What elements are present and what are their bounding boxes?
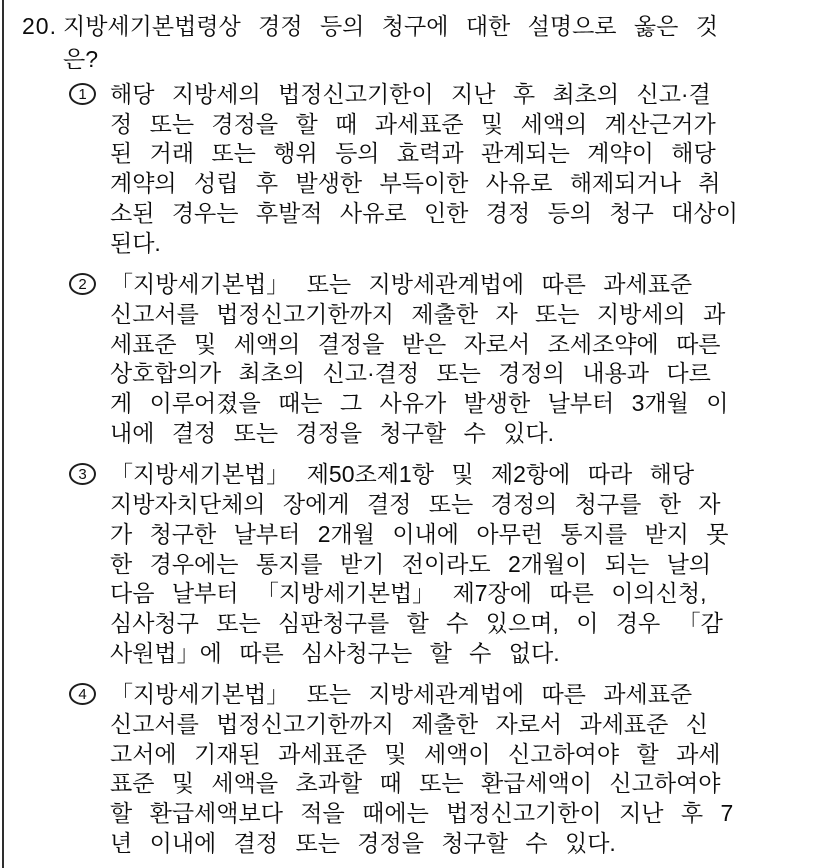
option-1: 1해당 지방세의 법정신고기한이 지난 후 최초의 신고·결정 또는 경정을 할…	[63, 80, 812, 258]
circled-number-icon: 3	[69, 463, 96, 485]
option-marker-digit: 3	[78, 467, 86, 482]
option-text: 「지방세기본법」 제50조제1항 및 제2항에 따라 해당지방자치단체의 장에게…	[110, 460, 812, 668]
option-line: 게 이루어졌을 때는 그 사유가 발생한 날부터 3개월 이	[110, 389, 812, 419]
option-line: 고서에 기재된 과세표준 및 세액이 신고하여야 할 과세	[110, 740, 812, 770]
page-left-border-line	[2, 0, 4, 868]
question-line: 지방세기본법령상 경정 등의 청구에 대한 설명으로 옳은 것	[63, 10, 812, 43]
option-line: 다음 날부터 「지방세기본법」 제7장에 따른 이의신청,	[110, 579, 812, 609]
option-line: 할 환급세액보다 적을 때에는 법정신고기한이 지난 후 7	[110, 799, 812, 829]
option-line: 해당 지방세의 법정신고기한이 지난 후 최초의 신고·결	[110, 80, 812, 110]
option-line: 표준 및 세액을 초과할 때 또는 환급세액이 신고하여야	[110, 769, 812, 799]
circled-number-icon: 1	[69, 83, 96, 105]
circled-number-icon: 2	[69, 273, 96, 295]
option-line: 된 거래 또는 행위 등의 효력과 관계되는 계약이 해당	[110, 139, 812, 169]
option-marker-column: 2	[63, 270, 110, 295]
option-line: 계약의 성립 후 발생한 부득이한 사유로 해제되거나 취	[110, 169, 812, 199]
option-3: 3「지방세기본법」 제50조제1항 및 제2항에 따라 해당지방자치단체의 장에…	[63, 460, 812, 668]
option-line: 소된 경우는 후발적 사유로 인한 경정 등의 청구 대상이	[110, 199, 812, 229]
option-marker-column: 3	[63, 460, 110, 485]
option-line: 「지방세기본법」 제50조제1항 및 제2항에 따라 해당	[110, 460, 812, 490]
option-line: 심사청구 또는 심판청구를 할 수 있으며, 이 경우 「감	[110, 609, 812, 639]
question-row: 20. 지방세기본법령상 경정 등의 청구에 대한 설명으로 옳은 것은?	[22, 10, 812, 76]
option-text: 「지방세기본법」 또는 지방세관계법에 따른 과세표준신고서를 법정신고기한까지…	[110, 680, 812, 858]
option-marker-digit: 2	[78, 277, 86, 292]
option-line: 신고서를 법정신고기한까지 제출한 자로서 과세표준 신	[110, 710, 812, 740]
option-line: 「지방세기본법」 또는 지방세관계법에 따른 과세표준	[110, 270, 812, 300]
option-text: 「지방세기본법」 또는 지방세관계법에 따른 과세표준신고서를 법정신고기한까지…	[110, 270, 812, 448]
question-line: 은?	[63, 43, 812, 76]
option-line: 내에 결정 또는 경정을 청구할 수 있다.	[110, 419, 812, 449]
options-list: 1해당 지방세의 법정신고기한이 지난 후 최초의 신고·결정 또는 경정을 할…	[63, 80, 812, 859]
option-line: 된다.	[110, 229, 812, 259]
option-marker-digit: 1	[78, 87, 86, 102]
option-line: 세표준 및 세액의 결정을 받은 자로서 조세조약에 따른	[110, 330, 812, 360]
option-line: 「지방세기본법」 또는 지방세관계법에 따른 과세표준	[110, 680, 812, 710]
option-line: 사원법」에 따른 심사청구는 할 수 없다.	[110, 639, 812, 669]
question-text: 지방세기본법령상 경정 등의 청구에 대한 설명으로 옳은 것은?	[63, 10, 812, 76]
question-20-block: 20. 지방세기본법령상 경정 등의 청구에 대한 설명으로 옳은 것은? 1해…	[22, 10, 812, 859]
option-line: 가 청구한 날부터 2개월 이내에 아무런 통지를 받지 못	[110, 520, 812, 550]
option-line: 상호합의가 최초의 신고·결정 또는 경정의 내용과 다르	[110, 359, 812, 389]
option-marker-column: 1	[63, 80, 110, 105]
option-line: 한 경우에는 통지를 받기 전이라도 2개월이 되는 날의	[110, 550, 812, 580]
option-line: 년 이내에 결정 또는 경정을 청구할 수 있다.	[110, 829, 812, 859]
option-line: 정 또는 경정을 할 때 과세표준 및 세액의 계산근거가	[110, 110, 812, 140]
option-text: 해당 지방세의 법정신고기한이 지난 후 최초의 신고·결정 또는 경정을 할 …	[110, 80, 812, 258]
option-line: 신고서를 법정신고기한까지 제출한 자 또는 지방세의 과	[110, 300, 812, 330]
exam-document-page: 20. 지방세기본법령상 경정 등의 청구에 대한 설명으로 옳은 것은? 1해…	[0, 0, 826, 868]
option-marker-column: 4	[63, 680, 110, 705]
option-2: 2「지방세기본법」 또는 지방세관계법에 따른 과세표준신고서를 법정신고기한까…	[63, 270, 812, 448]
option-marker-digit: 4	[78, 687, 86, 702]
circled-number-icon: 4	[69, 683, 96, 705]
option-4: 4「지방세기본법」 또는 지방세관계법에 따른 과세표준신고서를 법정신고기한까…	[63, 680, 812, 858]
option-line: 지방자치단체의 장에게 결정 또는 경정의 청구를 한 자	[110, 490, 812, 520]
question-number: 20.	[22, 10, 63, 43]
